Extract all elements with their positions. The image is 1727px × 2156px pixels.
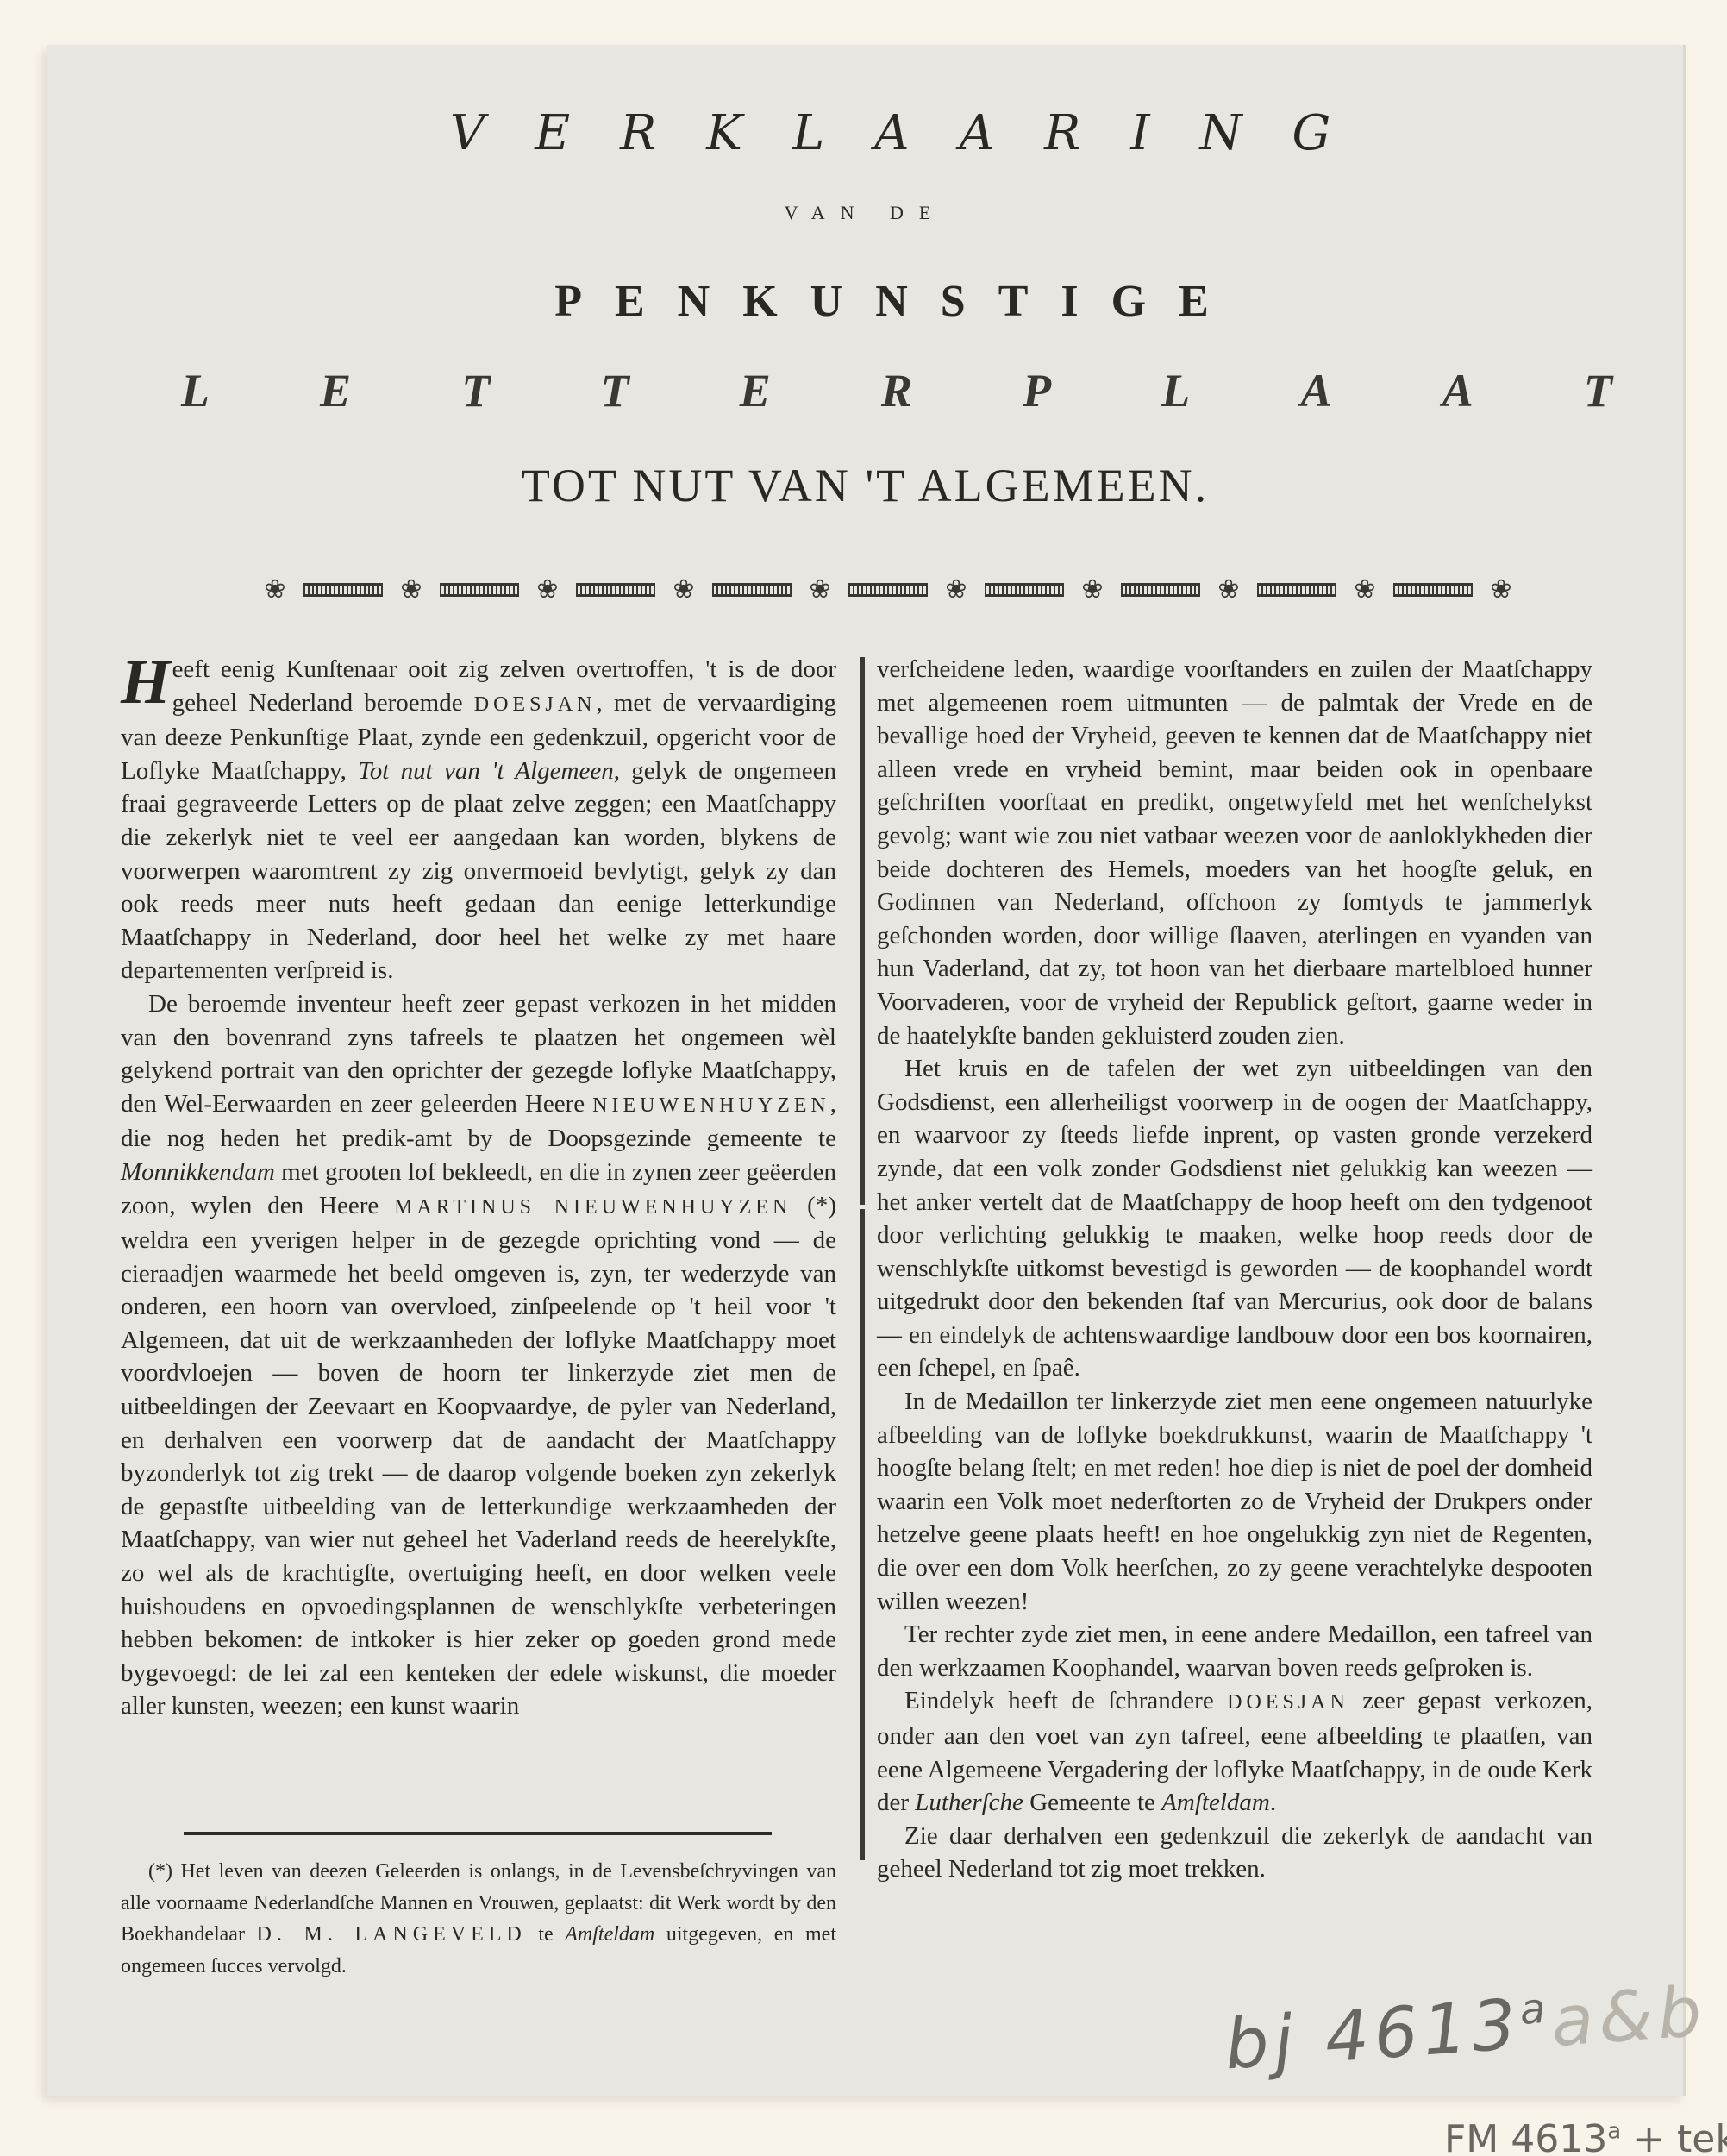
catalog-number: FM 4613a + tek (1444, 2117, 1727, 2156)
title-letter: P (1023, 364, 1051, 417)
title-letter: T (461, 364, 490, 417)
decorative-ornament-border: ❀❀❀❀❀❀❀❀❀❀ (250, 571, 1526, 609)
footnote-text: (*) Het leven van deezen Geleerden is on… (121, 1856, 836, 1982)
paragraph: De beroemde inventeur heeft zeer gepast … (121, 987, 836, 1723)
ornament-bar (440, 583, 519, 597)
paragraph: verſcheidene leden, waardige voorſtander… (877, 653, 1592, 1052)
title-letter: A (1442, 364, 1474, 417)
paragraph: Ter rechter zyde ziet men, in eene ander… (877, 1618, 1592, 1684)
rose-ornament-icon: ❀ (386, 575, 436, 605)
ornament-bar (576, 583, 655, 597)
column-divider-lower (860, 1209, 865, 1860)
text-run: Het kruis en de tafelen der wet zyn uitb… (877, 1055, 1592, 1382)
rose-ornament-icon: ❀ (1340, 575, 1390, 605)
spaced-name: D. M. LANGEVELD (257, 1923, 527, 1946)
left-text-column: Heeft eenig Kunſtenaar ooit zig zelven o… (121, 653, 836, 1723)
ornament-bar (1393, 583, 1473, 597)
italic-text: Amſteldam (565, 1923, 654, 1946)
ornament-bar (985, 583, 1064, 597)
small-caps-name: DOESJAN (474, 693, 597, 716)
catalog-label: FM 4613 (1444, 2117, 1607, 2156)
title-tot-nut: TOT NUT VAN 'T ALGEMEEN. (47, 459, 1683, 512)
paragraph: Zie daar derhalven een gedenkzuil die ze… (877, 1820, 1592, 1886)
text-run: (*) weldra een yverigen helper in de gez… (121, 1192, 836, 1720)
text-run: In de Medaillon ter linkerzyde ziet men … (877, 1388, 1592, 1615)
text-run: verſcheidene leden, waardige voorſtander… (877, 655, 1592, 1050)
text-run: Zie daar derhalven een gedenkzuil die ze… (877, 1822, 1592, 1883)
text-run: te (527, 1923, 566, 1946)
title-van-de: VAN DE (47, 202, 1683, 224)
ornament-bar (712, 583, 792, 597)
paragraph: In de Medaillon ter linkerzyde ziet men … (877, 1385, 1592, 1618)
small-caps-name: DOESJAN (1227, 1691, 1349, 1714)
pencil-faint-text: a&b (1549, 1971, 1709, 2062)
text-run: Eindelyk heeft de ſchrandere (904, 1687, 1227, 1714)
paragraph: Eindelyk heeft de ſchrandere DOESJAN zee… (877, 1684, 1592, 1819)
title-letter: E (320, 364, 351, 417)
text-run: Ter rechter zyde ziet men, in eene ander… (877, 1620, 1592, 1682)
italic-text: Monnikkendam (121, 1158, 275, 1186)
title-letter: R (881, 364, 912, 417)
italic-text: Amſteldam (1161, 1789, 1270, 1816)
footnote-rule (184, 1832, 772, 1835)
text-run: , gelyk de ongemeen fraai gegraveerde Le… (121, 757, 836, 985)
rose-ornament-icon: ❀ (1067, 575, 1117, 605)
text-run: Gemeente te (1023, 1789, 1161, 1816)
ornament-bar (848, 583, 928, 597)
small-caps-name: NIEUWENHUYZEN (592, 1094, 830, 1117)
rose-ornament-icon: ❀ (1204, 575, 1254, 605)
rose-ornament-icon: ❀ (931, 575, 981, 605)
title-letter: L (1161, 364, 1190, 417)
pencil-number-sup: a (1518, 1984, 1552, 2034)
title-letterplaat: LETTERPLAAT (181, 364, 1612, 417)
title-letter: T (601, 364, 629, 417)
rose-ornament-icon: ❀ (250, 575, 300, 605)
paragraph: Heeft eenig Kunſtenaar ooit zig zelven o… (121, 653, 836, 987)
footnote: (*) Het leven van deezen Geleerden is on… (121, 1856, 836, 1982)
small-caps-name: MARTINUS NIEUWENHUYZEN (394, 1196, 792, 1219)
ornament-bar (303, 583, 383, 597)
printed-sheet: VERKLAARING VAN DE PENKUNSTIGE LETTERPLA… (47, 45, 1686, 2096)
catalog-suffix: + tek (1633, 2117, 1727, 2156)
column-divider-upper (860, 657, 865, 1205)
title-letter: T (1584, 364, 1612, 417)
ornament-bar (1121, 583, 1200, 597)
ornament-bar (1257, 583, 1336, 597)
title-penkunstige: PENKUNSTIGE (47, 276, 1716, 327)
rose-ornament-icon: ❀ (659, 575, 709, 605)
title-letter: L (181, 364, 210, 417)
rose-ornament-icon: ❀ (522, 575, 573, 605)
paragraph: Het kruis en de tafelen der wet zyn uitb… (877, 1052, 1592, 1385)
drop-cap: H (121, 656, 171, 708)
italic-text: Tot nut van 't Algemeen (358, 757, 613, 785)
rose-ornament-icon: ❀ (795, 575, 845, 605)
rose-ornament-icon: ❀ (1476, 575, 1526, 605)
text-run: . (1270, 1789, 1276, 1816)
catalog-sup: a (1607, 2118, 1621, 2144)
title-letter: A (1300, 364, 1331, 417)
title-verklaring: VERKLAARING (47, 105, 1727, 161)
title-letter: E (740, 364, 771, 417)
right-text-column: verſcheidene leden, waardige voorſtander… (877, 653, 1592, 1886)
italic-text: Lutherſche (915, 1789, 1023, 1816)
